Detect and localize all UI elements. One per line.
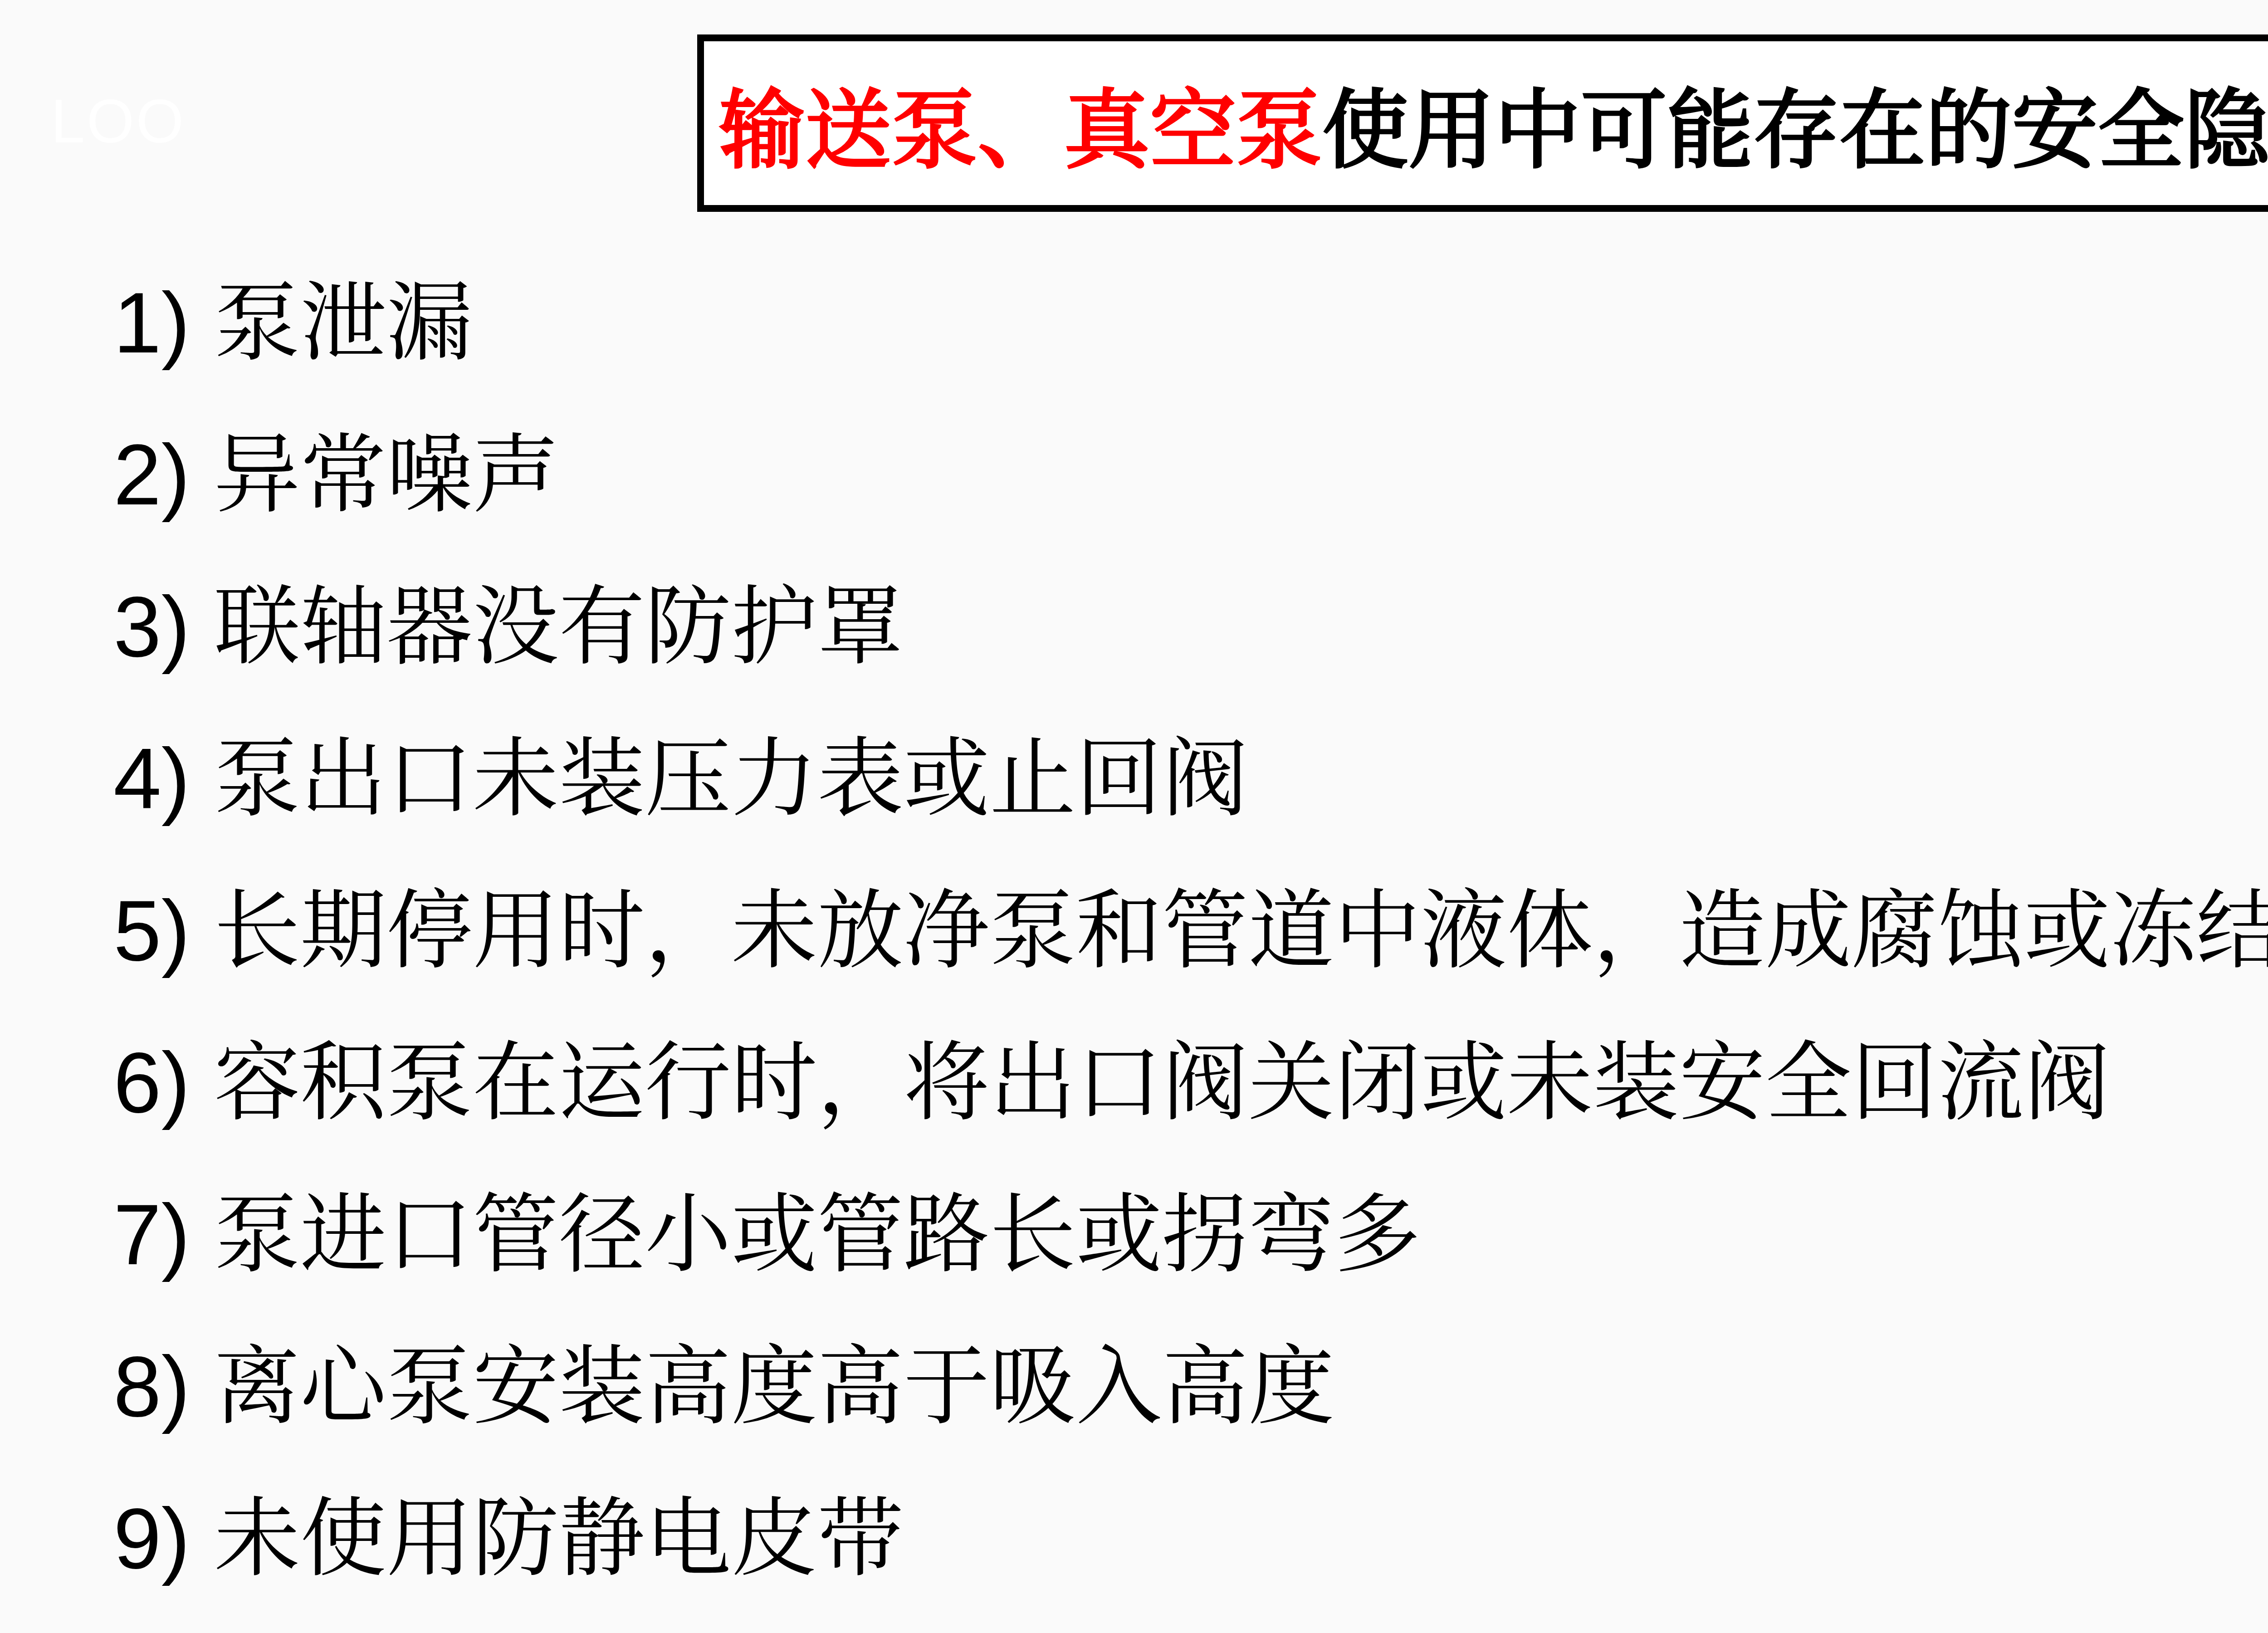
list-item-2: 2) 异常噪声 xyxy=(113,399,2268,551)
list-item-5: 5) 长期停用时，未放净泵和管道中液体，造成腐蚀或冻结 xyxy=(113,855,2268,1007)
list-item-4: 4) 泵出口未装压力表或止回阀 xyxy=(113,703,2268,855)
list-item-6: 6) 容积泵在运行时，将出口阀关闭或未装安全回流阀 xyxy=(113,1007,2268,1159)
title-rest-text: 使用中可能存在的安全隐患 xyxy=(1322,83,2268,179)
list-item-7: 7) 泵进口管径小或管路长或拐弯多 xyxy=(113,1159,2268,1311)
slide: { "slide": { "background_color": "#fafaf… xyxy=(0,0,2268,1633)
logo-text: LOO xyxy=(51,91,186,152)
page-title: 输送泵、真空泵使用中可能存在的安全隐患 xyxy=(719,61,2268,185)
list-item-9: 9) 未使用防静电皮带 xyxy=(113,1463,2268,1615)
list-item-1: 1) 泵泄漏 xyxy=(113,247,2268,399)
title-highlight-text: 输送泵、真空泵 xyxy=(719,83,1322,179)
hazard-list: 1) 泵泄漏 2) 异常噪声 3) 联轴器没有防护罩 4) 泵出口未装压力表或止… xyxy=(113,247,2268,1615)
list-item-8: 8) 离心泵安装高度高于吸入高度 xyxy=(113,1311,2268,1463)
title-box: 输送泵、真空泵使用中可能存在的安全隐患 xyxy=(697,34,2268,212)
list-item-3: 3) 联轴器没有防护罩 xyxy=(113,551,2268,703)
